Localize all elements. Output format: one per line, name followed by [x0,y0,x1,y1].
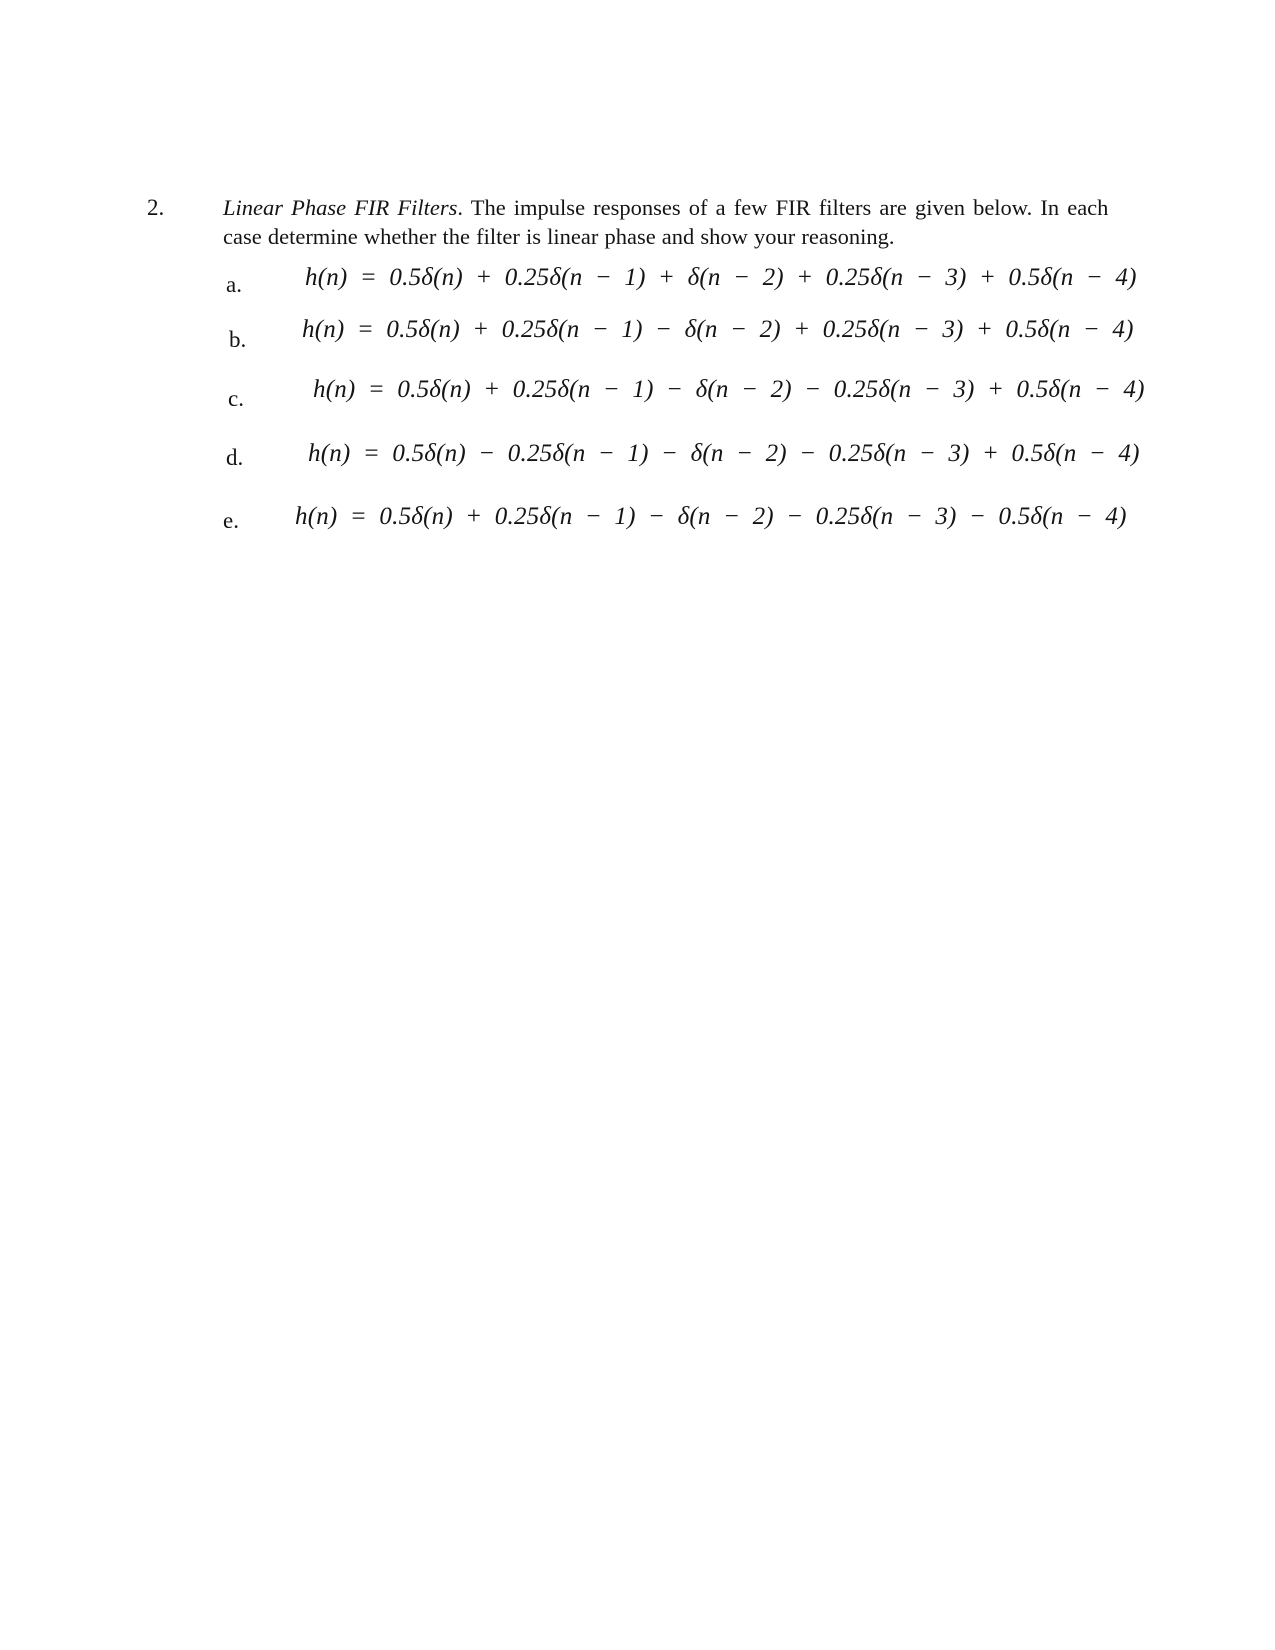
equation-text-c: h(n) = 0.5δ(n) + 0.25δ(n − 1) − δ(n − 2)… [313,376,1145,404]
equation-text-e: h(n) = 0.5δ(n) + 0.25δ(n − 1) − δ(n − 2)… [295,503,1127,531]
problem-statement-line1-rest: . The impulse responses of a few FIR fil… [457,195,1108,220]
equation-text-a: h(n) = 0.5δ(n) + 0.25δ(n − 1) + δ(n − 2)… [305,264,1137,292]
document-page: 2. Linear Phase FIR Filters. The impulse… [0,0,1275,1650]
equation-label-e: e. [223,508,239,534]
problem-statement-line1: Linear Phase FIR Filters. The impulse re… [223,193,1143,222]
problem-title: Linear Phase FIR Filters [223,195,457,220]
equation-label-b: b. [229,327,246,353]
equation-text-d: h(n) = 0.5δ(n) − 0.25δ(n − 1) − δ(n − 2)… [308,440,1140,468]
problem-statement: Linear Phase FIR Filters. The impulse re… [223,193,1143,251]
problem-number: 2. [147,193,164,222]
problem-statement-line2: case determine whether the filter is lin… [223,222,1143,251]
equation-label-a: a. [226,272,242,298]
equation-label-c: c. [228,386,244,412]
equation-text-b: h(n) = 0.5δ(n) + 0.25δ(n − 1) − δ(n − 2)… [302,316,1134,344]
equation-label-d: d. [226,445,243,471]
